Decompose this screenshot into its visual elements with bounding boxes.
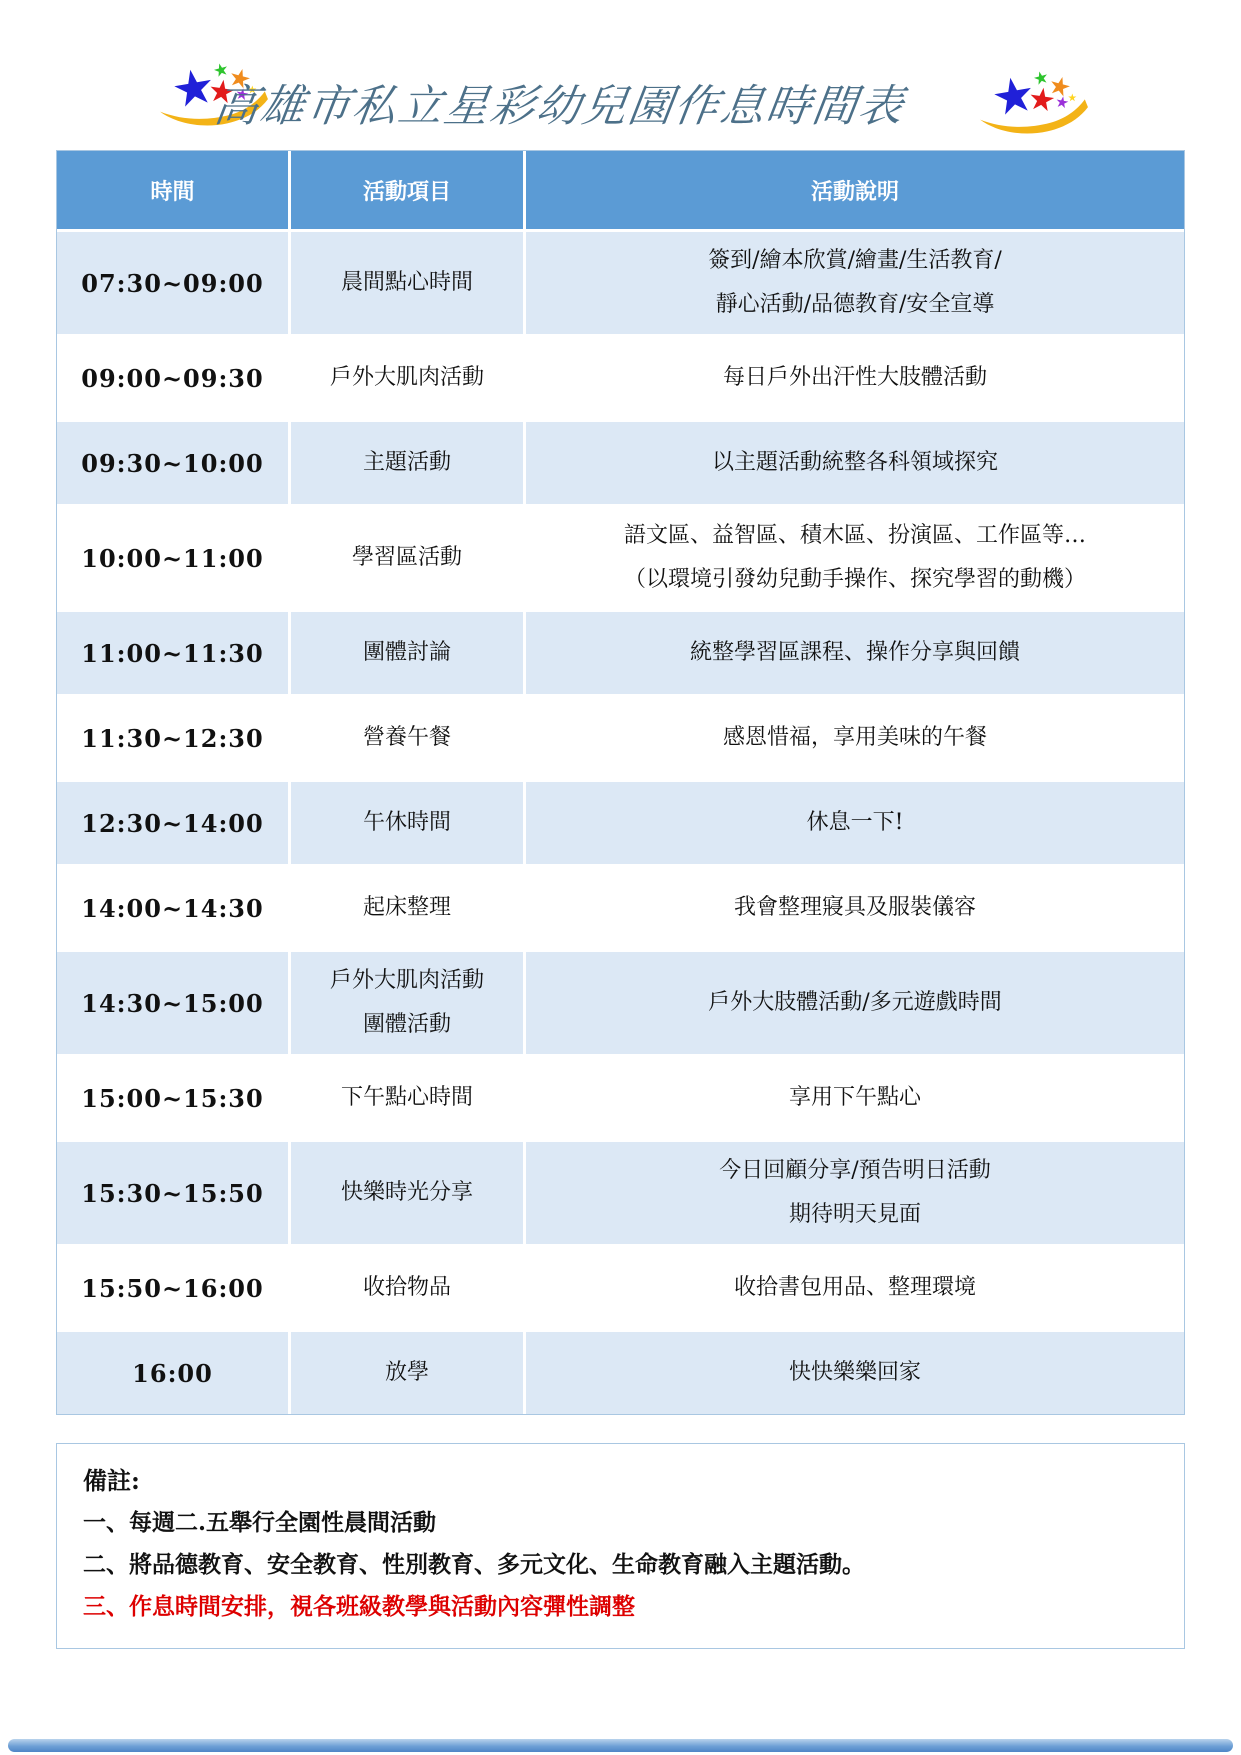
table-row: 14:00~14:30 起床整理 我會整理寢具及服裝儀容 xyxy=(57,867,1184,949)
description-cell: 享用下午點心 xyxy=(523,1057,1184,1139)
description-cell: 戶外大肢體活動/多元遊戲時間 xyxy=(523,952,1184,1054)
activity-cell: 下午點心時間 xyxy=(288,1057,523,1139)
activity-cell: 晨間點心時間 xyxy=(288,232,523,334)
activity-cell: 戶外大肌肉活動 團體活動 xyxy=(288,952,523,1054)
blue-star-icon xyxy=(992,75,1035,116)
description-cell: 收拾書包用品、整理環境 xyxy=(523,1247,1184,1329)
activity-cell: 學習區活動 xyxy=(288,507,523,609)
time-cell: 07:30~09:00 xyxy=(57,232,288,334)
notes-label: 備註: xyxy=(83,1460,1158,1502)
table-row: 11:00~11:30 團體討論 統整學習區課程、操作分享與回饋 xyxy=(57,612,1184,694)
schedule-table: 時間 活動項目 活動說明 07:30~09:00 晨間點心時間 簽到/繪本欣賞/… xyxy=(56,150,1185,1415)
description-cell: 快快樂樂回家 xyxy=(523,1332,1184,1414)
time-cell: 14:30~15:00 xyxy=(57,952,288,1054)
table-row: 15:00~15:30 下午點心時間 享用下午點心 xyxy=(57,1057,1184,1139)
note-item-2: 二、將品德教育、安全教育、性別教育、多元文化、生命教育融入主題活動。 xyxy=(83,1544,1158,1586)
activity-cell: 團體討論 xyxy=(288,612,523,694)
description-cell: 今日回顧分享/預告明日活動 期待明天見面 xyxy=(523,1142,1184,1244)
column-header-time: 時間 xyxy=(57,151,288,229)
green-star-icon xyxy=(1033,70,1049,86)
activity-cell: 收拾物品 xyxy=(288,1247,523,1329)
description-cell: 以主題活動統整各科領域探究 xyxy=(523,422,1184,504)
table-row: 15:50~16:00 收拾物品 收拾書包用品、整理環境 xyxy=(57,1247,1184,1329)
table-row: 10:00~11:00 學習區活動 語文區、益智區、積木區、扮演區、工作區等… … xyxy=(57,507,1184,609)
time-cell: 15:30~15:50 xyxy=(57,1142,288,1244)
table-row: 12:30~14:00 午休時間 休息一下! xyxy=(57,782,1184,864)
description-cell: 休息一下! xyxy=(523,782,1184,864)
activity-cell: 快樂時光分享 xyxy=(288,1142,523,1244)
notes-box: 備註: 一、每週二.五舉行全園性晨間活動 二、將品德教育、安全教育、性別教育、多… xyxy=(56,1443,1185,1649)
time-cell: 10:00~11:00 xyxy=(57,507,288,609)
time-cell: 15:50~16:00 xyxy=(57,1247,288,1329)
purple-star-icon xyxy=(1055,95,1069,108)
footer-decorative-bar xyxy=(8,1739,1233,1752)
description-cell: 每日戶外出汗性大肢體活動 xyxy=(523,337,1184,419)
table-header-row: 時間 活動項目 活動說明 xyxy=(57,151,1184,229)
time-cell: 11:30~12:30 xyxy=(57,697,288,779)
note-item-1: 一、每週二.五舉行全園性晨間活動 xyxy=(83,1502,1158,1544)
table-row: 16:00 放學 快快樂樂回家 xyxy=(57,1332,1184,1414)
yellow-star-icon xyxy=(1068,93,1076,101)
table-row: 11:30~12:30 營養午餐 感恩惜福，享用美味的午餐 xyxy=(57,697,1184,779)
description-cell: 統整學習區課程、操作分享與回饋 xyxy=(523,612,1184,694)
time-cell: 16:00 xyxy=(57,1332,288,1414)
time-cell: 14:00~14:30 xyxy=(57,867,288,949)
activity-cell: 起床整理 xyxy=(288,867,523,949)
activity-cell: 放學 xyxy=(288,1332,523,1414)
time-cell: 09:30~10:00 xyxy=(57,422,288,504)
swoosh-icon xyxy=(980,99,1088,133)
table-row: 09:00~09:30 戶外大肌肉活動 每日戶外出汗性大肢體活動 xyxy=(57,337,1184,419)
description-cell: 感恩惜福，享用美味的午餐 xyxy=(523,697,1184,779)
table-row: 09:30~10:00 主題活動 以主題活動統整各科領域探究 xyxy=(57,422,1184,504)
description-cell: 語文區、益智區、積木區、扮演區、工作區等… （以環境引發幼兒動手操作、探究學習的… xyxy=(523,507,1184,609)
activity-cell: 戶外大肌肉活動 xyxy=(288,337,523,419)
time-cell: 12:30~14:00 xyxy=(57,782,288,864)
time-cell: 11:00~11:30 xyxy=(57,612,288,694)
column-header-activity: 活動項目 xyxy=(288,151,523,229)
table-row: 14:30~15:00 戶外大肌肉活動 團體活動 戶外大肢體活動/多元遊戲時間 xyxy=(57,952,1184,1054)
activity-cell: 午休時間 xyxy=(288,782,523,864)
activity-cell: 主題活動 xyxy=(288,422,523,504)
description-cell: 我會整理寢具及服裝儀容 xyxy=(523,867,1184,949)
table-row: 07:30~09:00 晨間點心時間 簽到/繪本欣賞/繪畫/生活教育/ 靜心活動… xyxy=(57,232,1184,334)
page-title: 高雄市私立星彩幼兒園作息時間表 xyxy=(176,70,945,134)
time-cell: 15:00~15:30 xyxy=(57,1057,288,1139)
activity-cell: 營養午餐 xyxy=(288,697,523,779)
orange-star-icon xyxy=(1048,75,1071,98)
column-header-description: 活動說明 xyxy=(523,151,1184,229)
time-cell: 09:00~09:30 xyxy=(57,337,288,419)
red-star-icon xyxy=(1029,86,1056,112)
table-row: 15:30~15:50 快樂時光分享 今日回顧分享/預告明日活動 期待明天見面 xyxy=(57,1142,1184,1244)
description-cell: 簽到/繪本欣賞/繪畫/生活教育/ 靜心活動/品德教育/安全宣導 xyxy=(523,232,1184,334)
note-item-3: 三、作息時間安排，視各班級教學與活動內容彈性調整 xyxy=(83,1586,1158,1628)
page-header: 高雄市私立星彩幼兒園作息時間表 xyxy=(0,0,1241,150)
stars-logo-right xyxy=(970,54,1098,140)
